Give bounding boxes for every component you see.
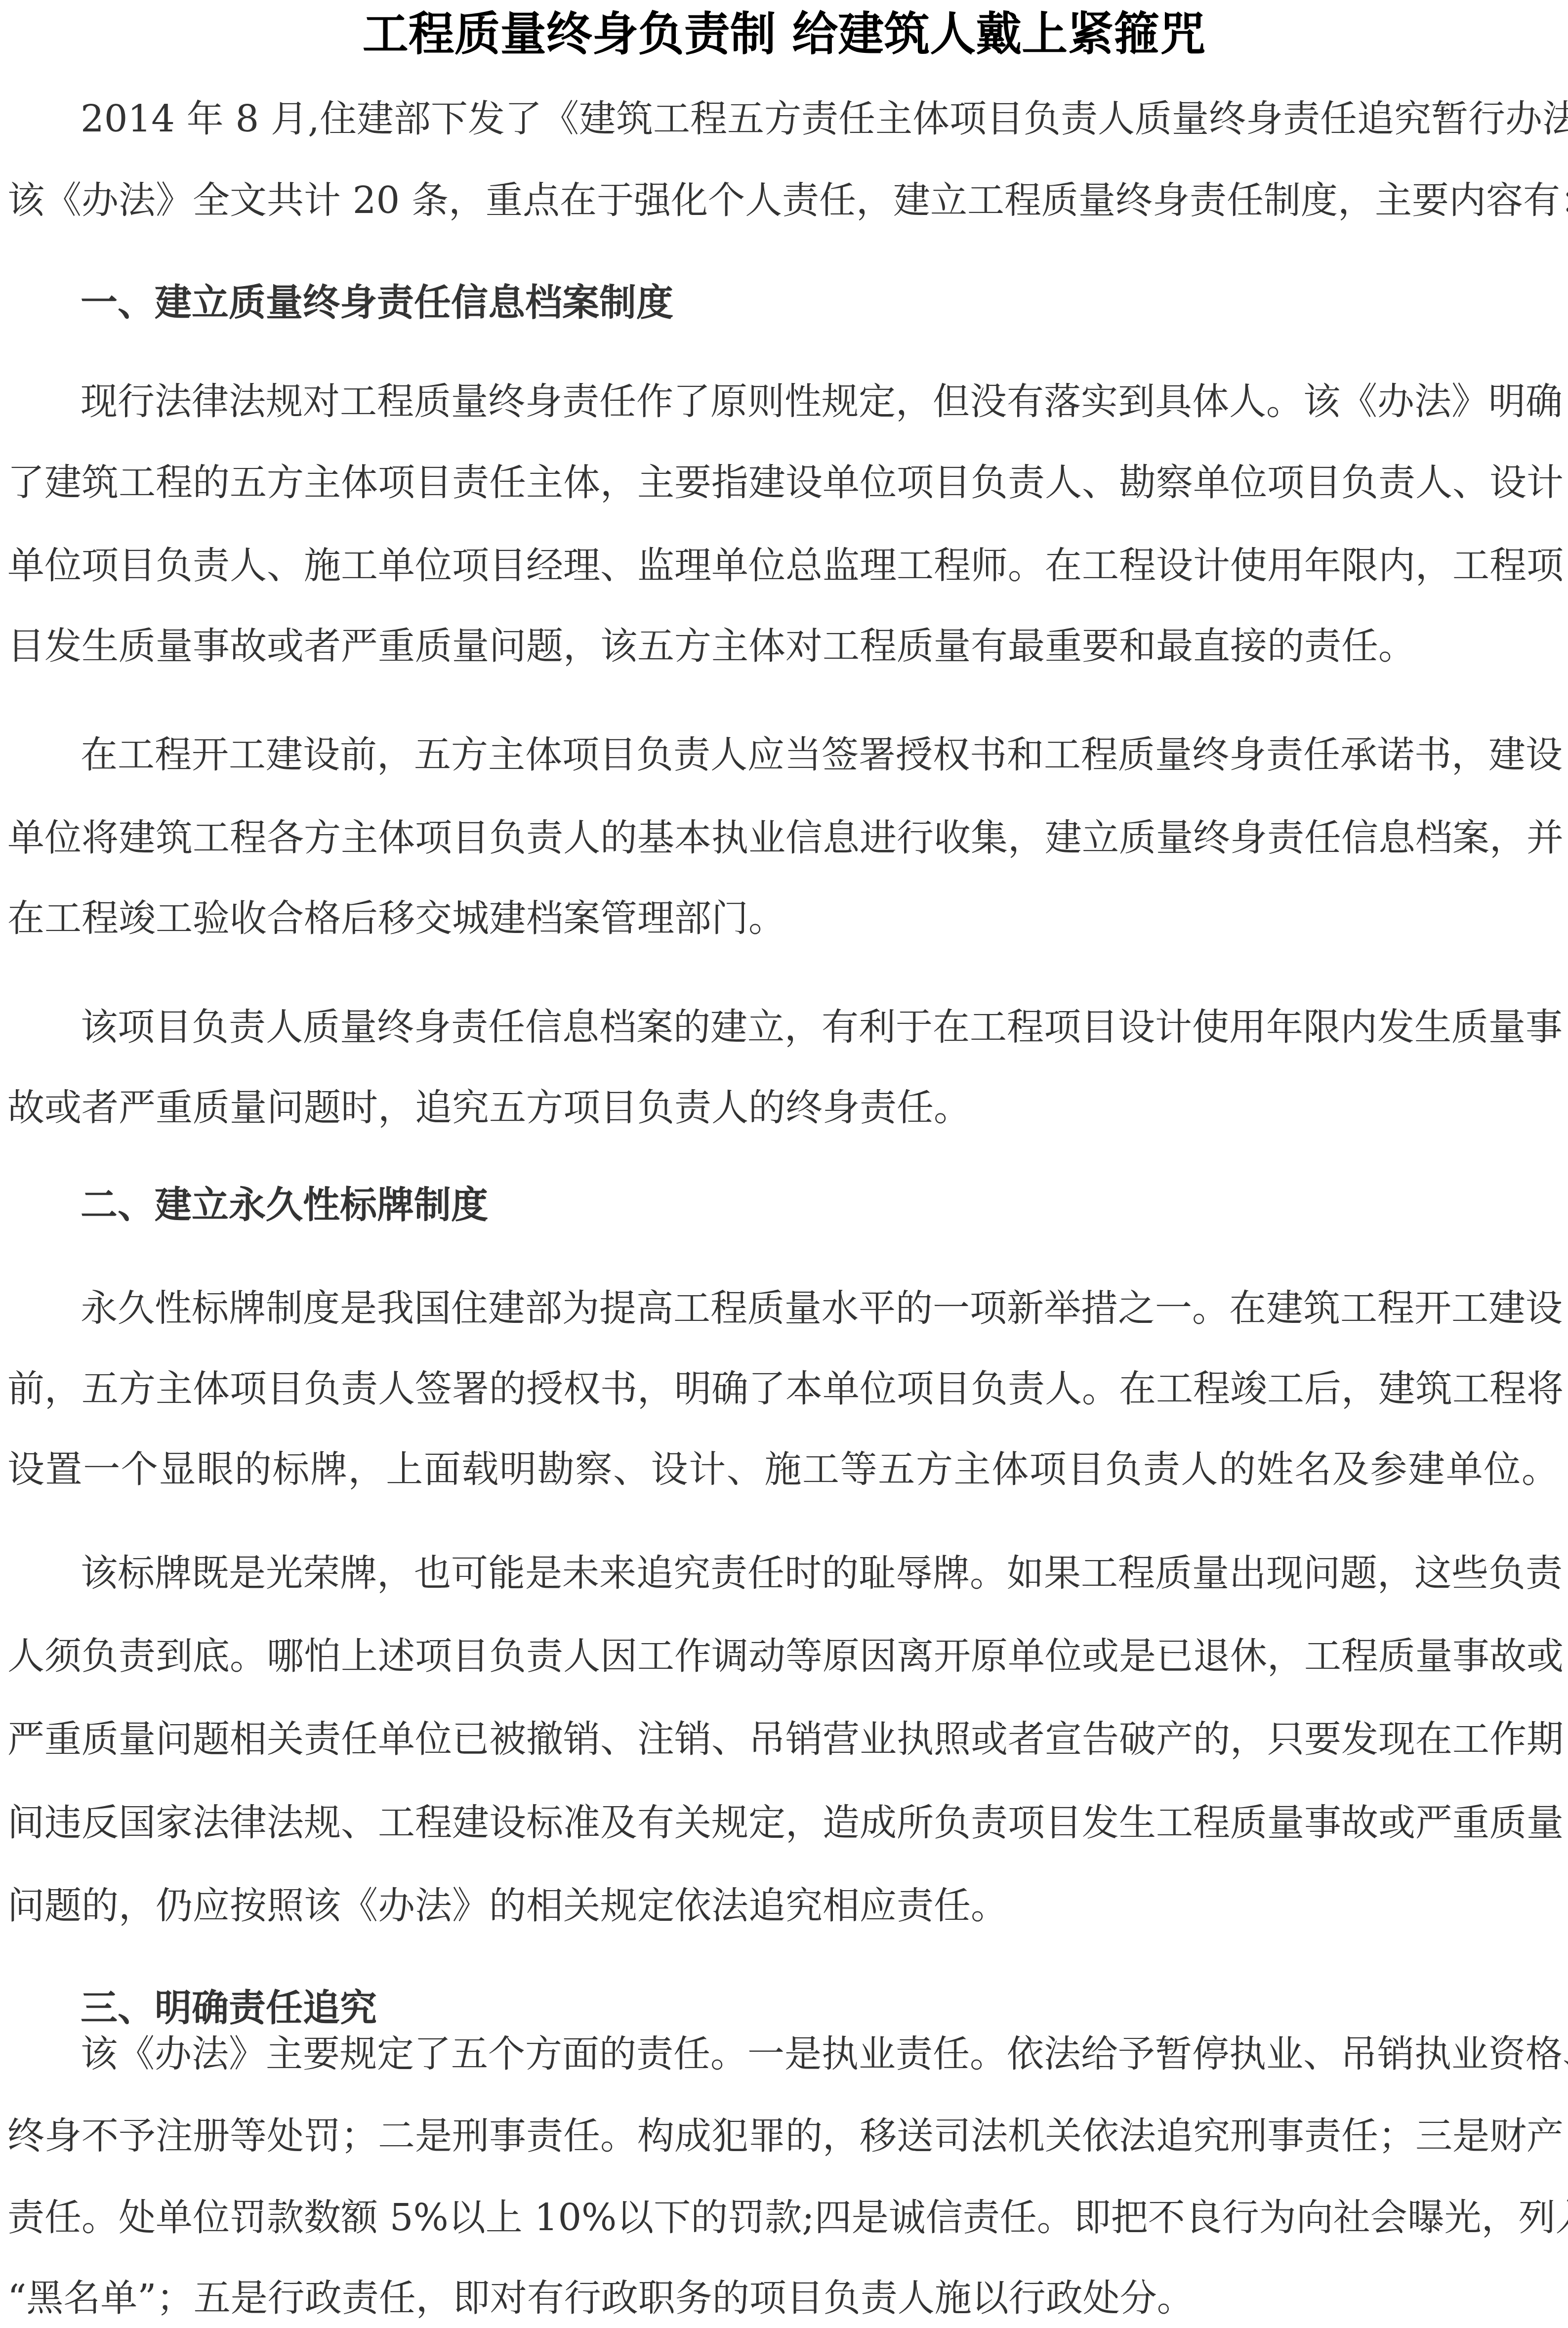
paragraph-line: 责任。处单位罚款数额 5%以上 10%以下的罚款;四是诚信责任。即把不良行为向社… bbox=[7, 2193, 1559, 2242]
paragraph-line: 该《办法》全文共计 20 条，重点在于强化个人责任，建立工程质量终身责任制度，主… bbox=[7, 175, 1559, 225]
paragraph-line: 问题的，仍应按照该《办法》的相关规定依法追究相应责任。 bbox=[7, 1881, 1008, 1930]
paragraph-line: 故或者严重质量问题时，追究五方项目负责人的终身责任。 bbox=[7, 1083, 971, 1132]
document-page: 工程质量终身负责制 给建筑人戴上紧箍咒 2014 年 8 月,住建部下发了《建筑… bbox=[0, 0, 1568, 2328]
paragraph-line: 现行法律法规对工程质量终身责任作了原则性规定，但没有落实到具体人。该《办法》明确 bbox=[81, 377, 1559, 426]
paragraph-line: 目发生质量事故或者严重质量问题，该五方主体对工程质量有最重要和最直接的责任。 bbox=[7, 621, 1415, 671]
paragraph-line: 前，五方主体项目负责人签署的授权书，明确了本单位项目负责人。在工程竣工后，建筑工… bbox=[7, 1364, 1559, 1413]
paragraph-line: 间违反国家法律法规、工程建设标准及有关规定，造成所负责项目发生工程质量事故或严重… bbox=[7, 1798, 1559, 1847]
paragraph-line: 了建筑工程的五方主体项目责任主体，主要指建设单位项目负责人、勘察单位项目负责人、… bbox=[7, 458, 1559, 507]
paragraph-line: 单位项目负责人、施工单位项目经理、监理单位总监理工程师。在工程设计使用年限内，工… bbox=[7, 541, 1559, 590]
section-heading: 二、建立永久性标牌制度 bbox=[81, 1180, 488, 1229]
paragraph-line: 严重质量问题相关责任单位已被撤销、注销、吊销营业执照或者宣告破产的，只要发现在工… bbox=[7, 1714, 1559, 1764]
paragraph-line: 在工程开工建设前，五方主体项目负责人应当签署授权书和工程质量终身责任承诺书，建设 bbox=[81, 730, 1559, 779]
paragraph-line: 设置一个显眼的标牌，上面载明勘察、设计、施工等五方主体项目负责人的姓名及参建单位… bbox=[7, 1444, 1559, 1494]
paragraph-line: 2014 年 8 月,住建部下发了《建筑工程五方责任主体项目负责人质量终身责任追… bbox=[81, 94, 1559, 143]
section-heading: 一、建立质量终身责任信息档案制度 bbox=[81, 278, 673, 327]
paragraph-line: 在工程竣工验收合格后移交城建档案管理部门。 bbox=[7, 893, 785, 943]
paragraph-line: 终身不予注册等处罚；二是刑事责任。构成犯罪的，移送司法机关依法追究刑事责任；三是… bbox=[7, 2111, 1559, 2160]
paragraph-line: 单位将建筑工程各方主体项目负责人的基本执业信息进行收集，建立质量终身责任信息档案… bbox=[7, 813, 1559, 862]
paragraph-line: 永久性标牌制度是我国住建部为提高工程质量水平的一项新举措之一。在建筑工程开工建设 bbox=[81, 1283, 1559, 1333]
paragraph-line: “黑名单”；五是行政责任，即对有行政职务的项目负责人施以行政处分。 bbox=[7, 2273, 1194, 2323]
paragraph-line: 该项目负责人质量终身责任信息档案的建立，有利于在工程项目设计使用年限内发生质量事 bbox=[81, 1002, 1559, 1052]
section-heading: 三、明确责任追究 bbox=[81, 1983, 377, 2032]
paragraph-line: 该《办法》主要规定了五个方面的责任。一是执业责任。依法给予暂停执业、吊销执业资格… bbox=[81, 2029, 1559, 2078]
paragraph-line: 该标牌既是光荣牌，也可能是未来追究责任时的耻辱牌。如果工程质量出现问题，这些负责 bbox=[81, 1548, 1559, 1598]
paragraph-line: 人须负责到底。哪怕上述项目负责人因工作调动等原因离开原单位或是已退休，工程质量事… bbox=[7, 1631, 1559, 1681]
document-title: 工程质量终身负责制 给建筑人戴上紧箍咒 bbox=[0, 4, 1568, 64]
